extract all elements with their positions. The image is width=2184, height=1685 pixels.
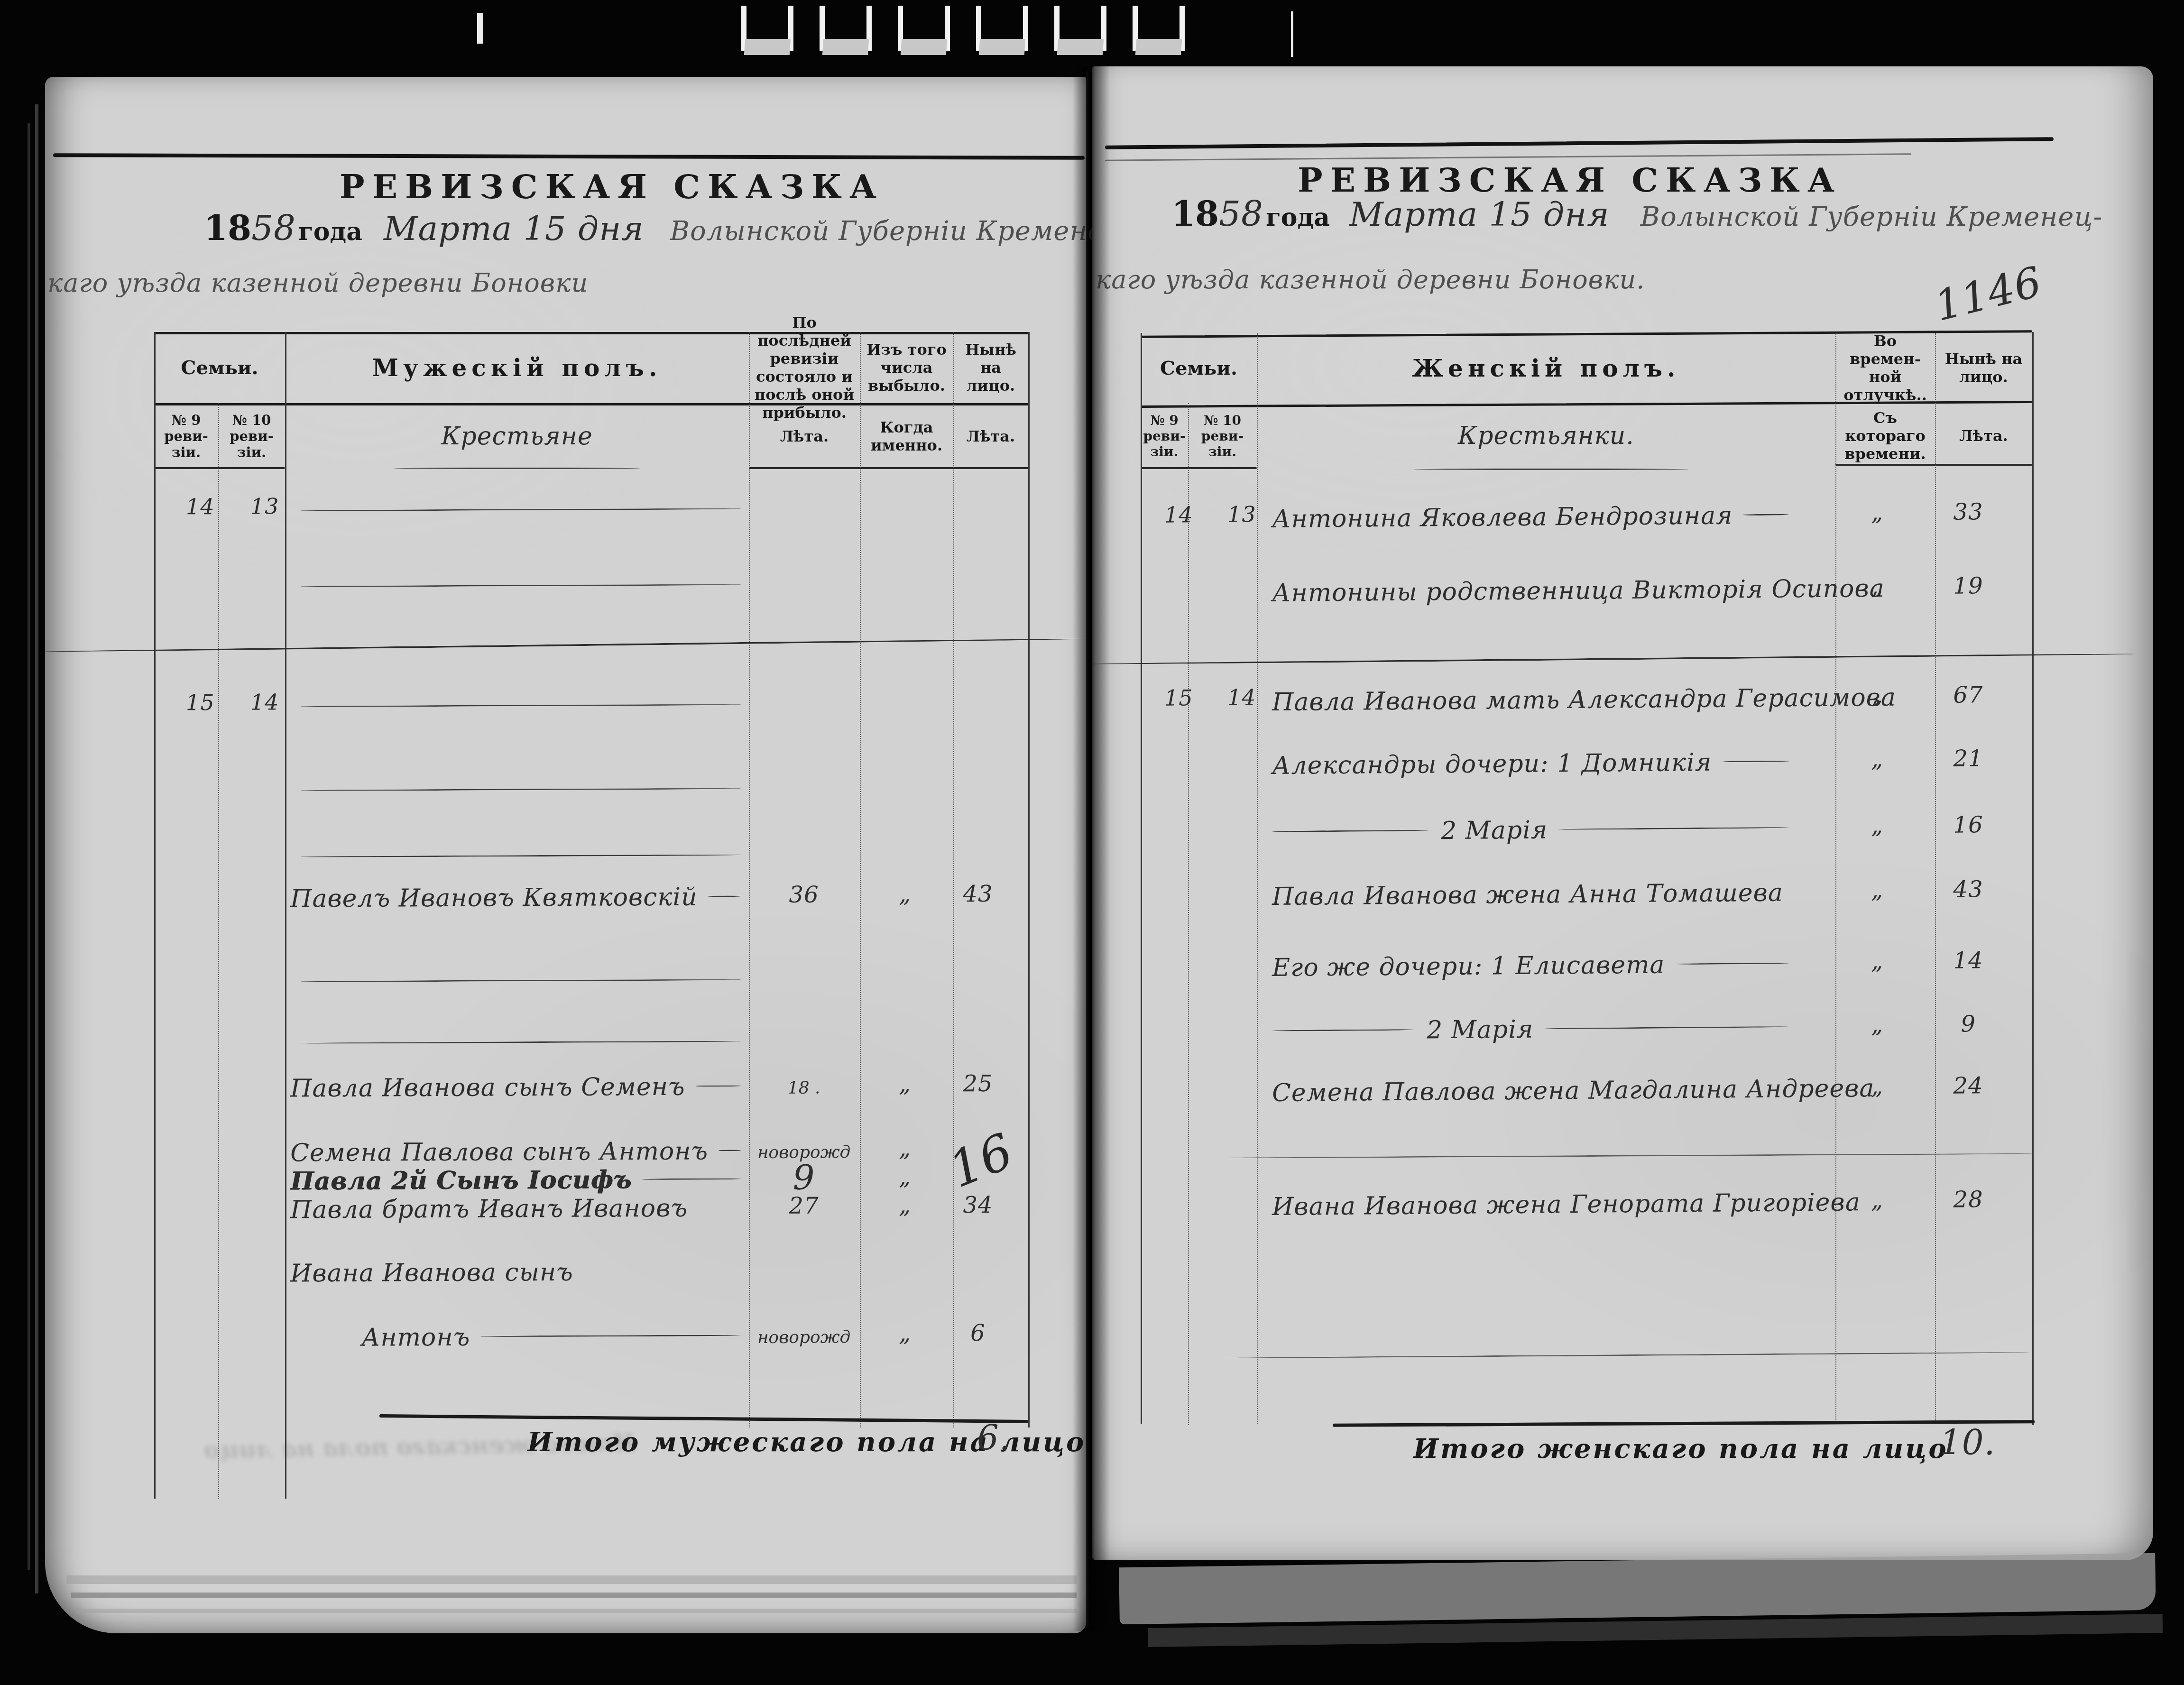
entry-name: Павла Иванова жена Анна Томашева (1272, 879, 1783, 919)
age-now: 43 (1953, 876, 1983, 902)
entry-name-line: Семена Павлова жена Магдалина Андреева (1272, 1052, 1789, 1115)
age-now: 16 (1953, 811, 1983, 838)
ruled-dash (1544, 1026, 1789, 1029)
when-ditto-mark: „ (1871, 499, 1883, 526)
entry-name-line: Антонины родственница Викторія Осипова (1272, 552, 1789, 615)
age-now: 33 (1953, 498, 1983, 525)
entry-name: Ивана Иванова жена Генората Григоріева (1272, 1188, 1861, 1229)
right-footer-label: Итого женскаго пола на лицо (1413, 1433, 1948, 1464)
ruled-dash (1272, 829, 1428, 832)
family-number-9th: 14 (1164, 502, 1193, 527)
entry-name-line: 2 Марія (1272, 791, 1789, 854)
age-now: 9 (1961, 1011, 1976, 1037)
age-now: 19 (1953, 572, 1983, 599)
entry-name: Семена Павлова жена Магдалина Андреева (1272, 1074, 1875, 1115)
ruled-dash (1743, 514, 1789, 516)
when-ditto-mark: „ (1871, 877, 1883, 903)
when-ditto-mark: „ (1871, 1012, 1883, 1038)
ruled-dash (1558, 827, 1789, 830)
age-now: 28 (1953, 1186, 1983, 1213)
when-ditto-mark: „ (1871, 1073, 1883, 1100)
entry-name: Павла Иванова мать Александра Герасимова (1272, 683, 1896, 724)
when-ditto-mark: „ (1871, 812, 1883, 839)
microfilm-scan: { "colors": {"film_background":"#040404"… (0, 0, 2184, 1685)
when-ditto-mark: „ (1871, 682, 1883, 709)
entry-name-line: Павла Иванова жена Анна Томашева (1272, 856, 1789, 919)
entry-name-line: Александры дочери: 1 Домникія (1272, 725, 1789, 788)
family-number-9th: 15 (1164, 685, 1193, 710)
row-separator-line (1224, 1352, 2030, 1359)
right-footer-value: 10. (1940, 1423, 1996, 1463)
entry-name: 2 Марія (1427, 1015, 1534, 1052)
when-ditto-mark: „ (1871, 1187, 1883, 1214)
when-ditto-mark: „ (1871, 948, 1883, 975)
age-now: 67 (1953, 681, 1983, 708)
entry-name-line: Антонина Яковлева Бендрозиная (1272, 478, 1789, 541)
family-number-10th: 13 (1227, 501, 1256, 527)
age-now: 14 (1953, 947, 1983, 974)
entry-name-line: Его же дочери: 1 Елисавета (1272, 927, 1789, 990)
book-gutter-shadow (1073, 66, 1110, 1631)
age-now: 24 (1953, 1072, 1983, 1099)
when-ditto-mark: „ (1871, 573, 1883, 600)
when-ditto-mark: „ (1871, 746, 1883, 773)
entry-name: Антонина Яковлева Бендрозиная (1272, 501, 1733, 541)
entry-name: Его же дочери: 1 Елисавета (1272, 951, 1665, 990)
age-now: 21 (1953, 745, 1983, 772)
entry-name: 2 Марія (1441, 816, 1548, 853)
ruled-dash (1675, 962, 1789, 965)
book-gutter-crease (1086, 71, 1088, 1627)
entry-name: Александры дочери: 1 Домникія (1272, 748, 1712, 788)
row-separator-line (1228, 1153, 2035, 1159)
entry-name: Антонины родственница Викторія Осипова (1272, 574, 1885, 615)
entry-name-line: 2 Марія (1272, 990, 1789, 1053)
entry-name-line: Ивана Иванова жена Генората Григоріева (1272, 1166, 1789, 1229)
entry-name-line: Павла Иванова мать Александра Герасимова (1272, 661, 1789, 724)
ruled-dash (1722, 760, 1789, 762)
family-number-10th: 14 (1227, 684, 1256, 710)
ruled-dash (1272, 1029, 1414, 1031)
